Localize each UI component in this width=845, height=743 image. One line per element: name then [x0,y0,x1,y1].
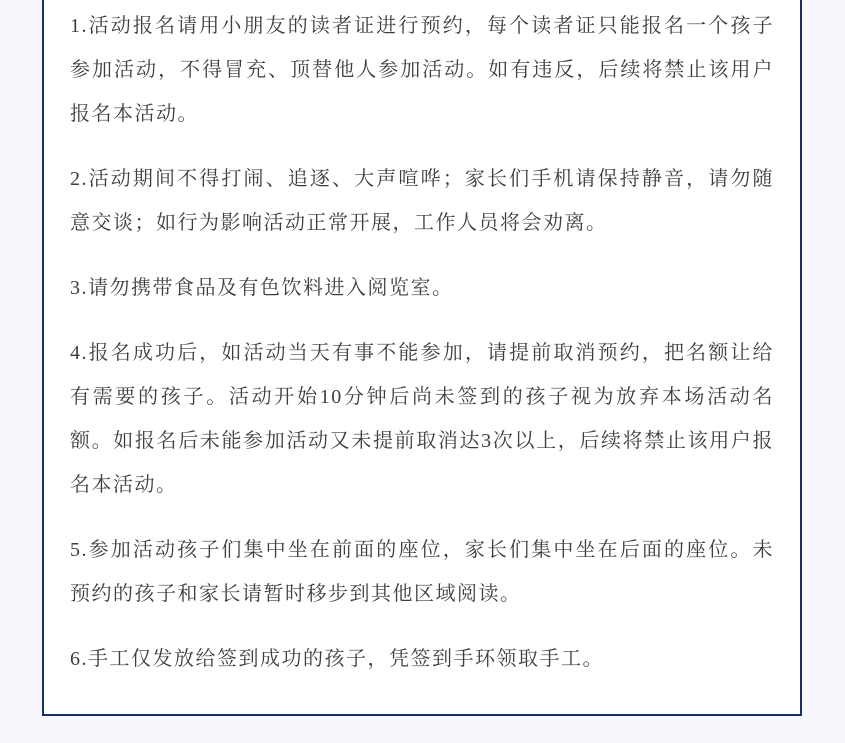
rule-paragraph-6: 6.手工仅发放给签到成功的孩子，凭签到手环领取手工。 [70,637,774,681]
rule-paragraph-2: 2.活动期间不得打闹、追逐、大声喧哗；家长们手机请保持静音，请勿随意交谈；如行为… [70,157,774,245]
rule-paragraph-1: 1.活动报名请用小朋友的读者证进行预约，每个读者证只能报名一个孩子参加活动，不得… [70,4,774,136]
rule-paragraph-4: 4.报名成功后，如活动当天有事不能参加，请提前取消预约，把名额让给有需要的孩子。… [70,331,774,507]
rule-paragraph-3: 3.请勿携带食品及有色饮料进入阅览室。 [70,266,774,310]
rule-paragraph-5: 5.参加活动孩子们集中坐在前面的座位，家长们集中坐在后面的座位。未预约的孩子和家… [70,528,774,616]
rules-card: 1.活动报名请用小朋友的读者证进行预约，每个读者证只能报名一个孩子参加活动，不得… [42,0,802,716]
